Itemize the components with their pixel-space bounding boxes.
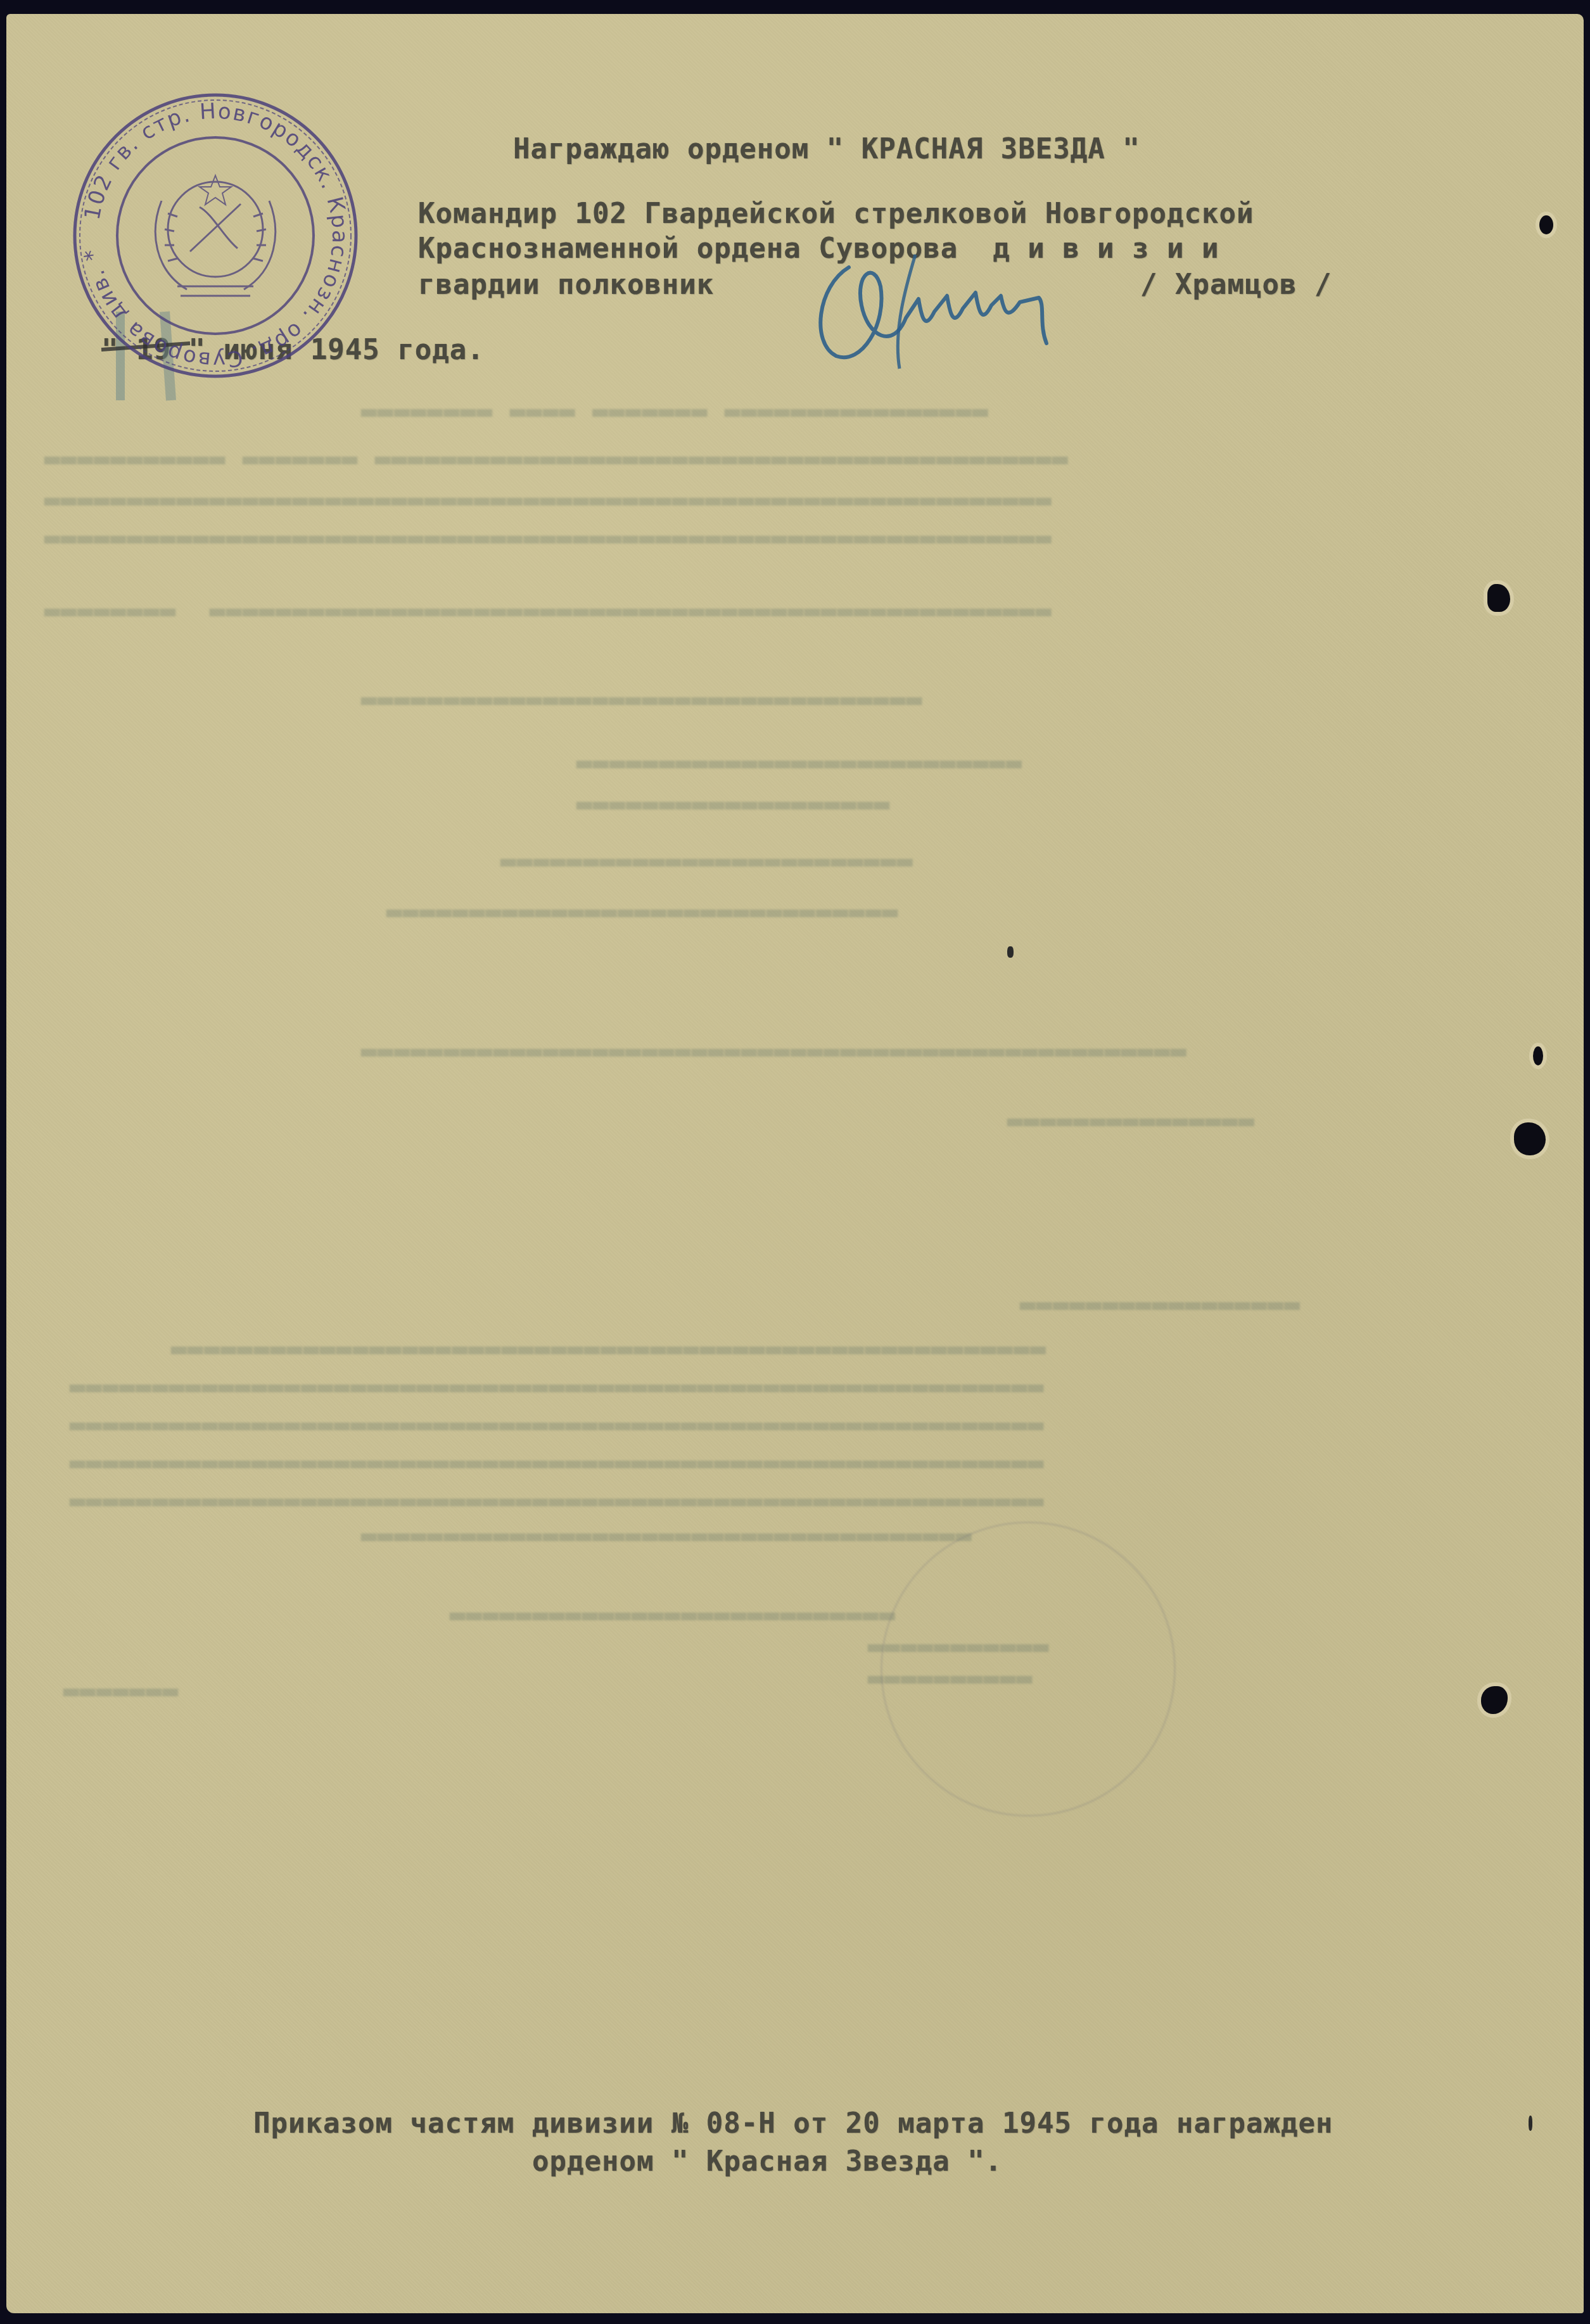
bleed-through-text: ▂▂▂▂▂▂▂▂▂▂▂▂▂▂▂▂▂▂▂▂▂▂▂▂▂▂▂▂▂▂▂▂▂▂▂▂▂▂▂▂… [70,1477,1045,1506]
official-stamp-icon: 102 гв. стр. Новгородск. Краснозн. орд. … [67,87,364,384]
award-order-line-2: орденом " Красная Звезда ". [532,2145,1002,2178]
bleed-through-text: ▂▂▂▂▂▂▂▂▂▂▂▂▂▂▂▂▂▂▂▂▂▂▂▂▂▂▂▂▂▂▂▂▂▂▂▂▂ [361,1512,972,1541]
bleed-through-text: ▂▂▂▂▂▂▂▂▂▂▂▂▂▂▂▂▂▂▂▂▂▂▂▂▂▂▂▂▂▂▂▂▂▂▂▂▂▂▂▂… [44,476,1052,505]
bleed-through-text: ▂▂▂▂▂▂▂▂▂▂▂▂▂▂▂▂▂▂▂▂▂▂▂▂▂▂▂▂▂▂▂▂▂▂ [361,676,923,705]
award-order-line-1: Приказом частям дивизии № 08-Н от 20 мар… [253,2107,1333,2140]
signature-icon [811,248,1140,375]
commander-line-1: Командир 102 Гвардейской стрелковой Новг… [418,198,1254,230]
bleed-through-text: ▂▂▂▂▂▂▂ [63,1667,179,1696]
binder-hole [1514,1122,1546,1155]
bleed-through-text: ▂▂▂▂▂▂▂▂▂▂▂▂▂▂▂▂▂▂▂▂▂▂▂▂▂▂▂▂▂▂▂▂▂▂▂▂▂▂▂▂… [70,1401,1045,1430]
ink-dot [1007,946,1014,958]
bleed-through-text: ▂▂▂▂▂▂▂▂ ▂▂▂▂▂▂▂▂▂▂▂▂▂▂▂▂▂▂▂▂▂▂▂▂▂▂▂▂▂▂▂… [44,587,1052,616]
bleed-through-text: ▂▂▂▂▂▂▂▂▂▂▂▂▂▂▂▂▂▂▂▂▂▂▂▂▂▂▂ [576,739,1022,768]
bleed-through-text: ▂▂▂▂▂▂▂▂▂▂▂▂▂▂▂▂▂▂▂ [576,780,891,810]
binder-hole [1487,584,1510,612]
binder-hole [1481,1686,1508,1714]
bleed-through-text: ▂▂▂▂▂▂▂▂▂▂▂▂▂▂▂▂▂▂▂▂▂▂▂▂▂▂▂▂▂▂▂▂▂▂▂▂▂▂▂▂… [70,1439,1045,1468]
bleed-through-text: ▂▂▂▂▂▂▂▂ ▂▂▂▂ ▂▂▂▂▂▂▂ ▂▂▂▂▂▂▂▂▂▂▂▂▂▂▂▂ [361,388,989,417]
commander-rank: гвардии полковник [418,269,714,301]
binder-hole [1533,1046,1543,1065]
bleed-through-stamp [881,1521,1176,1817]
bleed-through-text: ▂▂▂▂▂▂▂▂▂▂▂▂▂▂▂▂▂▂▂▂▂▂▂▂▂▂▂▂▂▂▂▂▂▂▂▂▂▂▂▂… [171,1325,1046,1354]
document-page: ▂▂▂▂▂▂▂▂ ▂▂▂▂ ▂▂▂▂▂▂▂ ▂▂▂▂▂▂▂▂▂▂▂▂▂▂▂▂ ▂… [6,14,1584,2313]
commander-name: / Храмцов / [1140,269,1332,301]
bleed-through-text: ▂▂▂▂▂▂▂▂▂▂▂▂▂▂▂▂▂▂▂▂▂▂▂▂▂▂▂ [450,1591,896,1620]
bleed-through-text: ▂▂▂▂▂▂▂▂▂▂▂▂▂▂▂▂▂▂▂▂▂▂▂▂▂▂▂▂▂▂▂▂▂▂▂▂▂▂▂▂… [70,1363,1045,1392]
bleed-through-text: ▂▂▂▂▂▂▂▂▂▂▂▂▂▂▂▂▂ [1020,1281,1301,1310]
award-header: Награждаю орденом " КРАСНАЯ ЗВЕЗДА " [513,133,1140,165]
bleed-through-text: ▂▂▂▂▂▂▂▂▂▂▂▂▂▂▂▂▂▂▂▂▂▂▂▂▂▂▂▂▂▂▂▂▂▂▂▂▂▂▂▂… [44,514,1052,543]
binder-hole [1539,215,1553,234]
bleed-through-text: ▂▂▂▂▂▂▂▂▂▂▂▂▂▂▂▂▂▂▂▂▂▂▂▂▂▂▂▂▂▂▂ [386,888,899,917]
ink-dot [1529,2116,1532,2131]
bleed-through-text: ▂▂▂▂▂▂▂▂▂▂▂▂▂▂▂▂▂▂▂▂▂▂▂▂▂▂▂▂▂▂▂▂▂▂▂▂▂▂▂▂… [361,1027,1187,1057]
bleed-through-text: ▂▂▂▂▂▂▂▂▂▂▂▂▂▂▂ [1007,1097,1255,1126]
bleed-through-text: ▂▂▂▂▂▂▂▂▂▂▂▂▂▂▂▂▂▂▂▂▂▂▂▂▂ [500,837,913,867]
bleed-through-text: ▂▂▂▂▂▂▂▂▂▂▂ ▂▂▂▂▂▂▂ ▂▂▂▂▂▂▂▂▂▂▂▂▂▂▂▂▂▂▂▂… [44,435,1069,464]
